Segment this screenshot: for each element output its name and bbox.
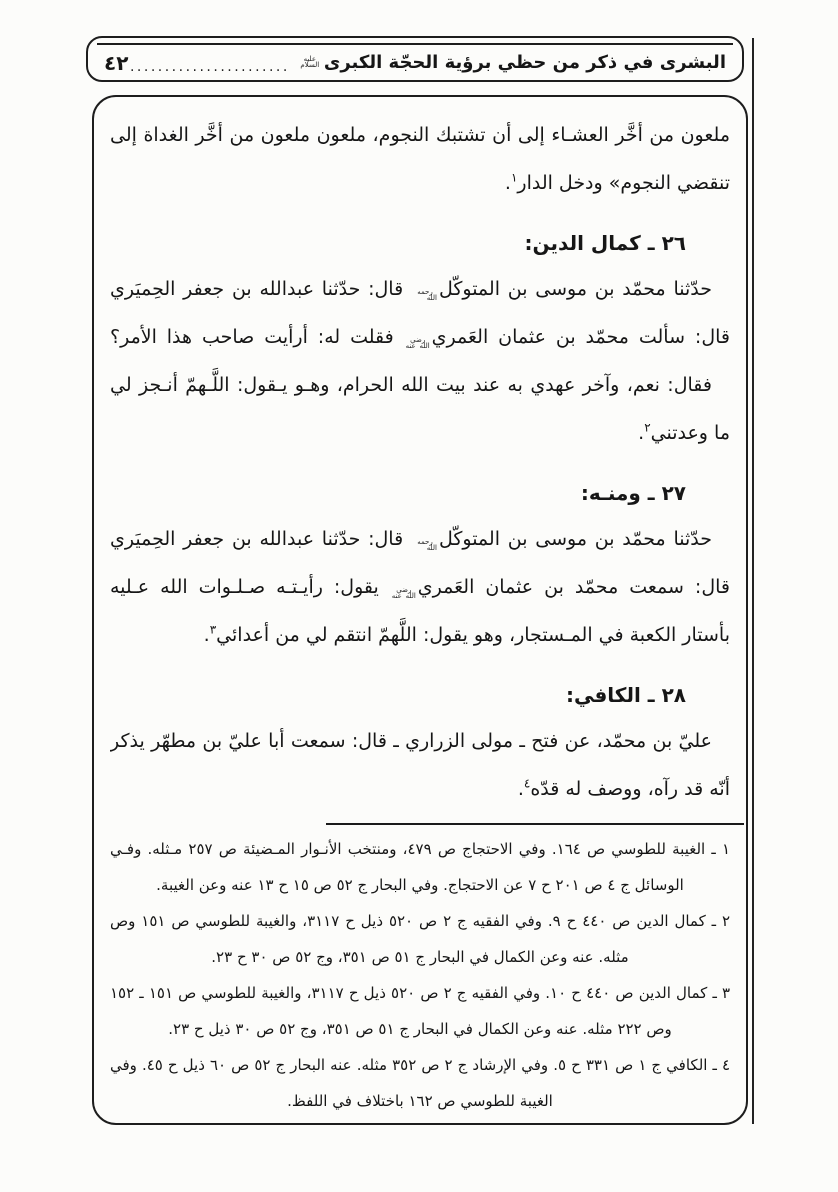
text-line: قال: سمعت محمّد بن عثمان العَمريرضي الله… — [110, 563, 730, 611]
text-line: ٣ ـ كمال الدين ص ٤٤٠ ح ١٠. وفي الفقيه ج … — [110, 975, 730, 1011]
text-line: تنقضي النجوم» ودخل الدار١. — [110, 159, 730, 207]
text-line: بأستار الكعبة في المـستجار، وهو يقول: ال… — [110, 611, 730, 659]
text-line: قال: سألت محمّد بن عثمان العَمريرضي الله… — [110, 313, 730, 361]
section-heading: ٢٦ ـ كمال الدين: — [110, 221, 730, 265]
text-line: ٢ ـ كمال الدين ص ٤٤٠ ح ٩. وفي الفقيه ج ٢… — [110, 903, 730, 939]
book-page: البشرى في ذكر من حظي برؤية الحجّة الكبرى… — [0, 0, 838, 1192]
honorific-symbol: رحمه الله — [413, 539, 437, 551]
page-edge-rule — [752, 38, 754, 1124]
text-line: الوسائل ج ٤ ص ٢٠١ ح ٧ عن الاحتجاج. وفي ا… — [110, 867, 730, 903]
text-line: الغيبة للطوسي ص ١٦٢ باختلاف في اللفظ. — [110, 1083, 730, 1119]
text-line: أنّه قد رآه، ووصف له قدّه٤. — [110, 765, 730, 813]
text-line: حدّثنا محمّد بن موسى بن المتوكّلرحمه الل… — [110, 515, 730, 563]
section-heading: ٢٨ ـ الكافي: — [110, 673, 730, 717]
footnote-marker: ٣ — [210, 623, 216, 637]
text-line: ملعون من أخَّر العشـاء إلى أن تشتبك النج… — [110, 111, 730, 159]
body-text: ملعون من أخَّر العشـاء إلى أن تشتبك النج… — [110, 111, 730, 813]
text-line: وص ٢٢٢ مثله. عنه وعن الكمال في البحار ج … — [110, 1011, 730, 1047]
text-line: عليّ بن محمّد، عن فتح ـ مولى الزراري ـ ق… — [110, 717, 730, 765]
text-line: فقال: نعم، وآخر عهدي به عند بيت الله الح… — [110, 361, 730, 409]
header-decorative-line — [97, 43, 733, 45]
footnote-marker: ٤ — [524, 777, 530, 791]
footnotes: ١ ـ الغيبة للطوسي ص ١٦٤. وفي الاحتجاج ص … — [110, 831, 730, 1119]
text-line: مثله. عنه وعن الكمال في البحار ج ٥١ ص ٣٥… — [110, 939, 730, 975]
footnote-separator — [326, 823, 744, 825]
footnote-marker: ٢ — [644, 421, 650, 435]
honorific-symbol: رضي الله عنه — [392, 587, 416, 599]
page-number: ٤٢ — [104, 49, 128, 75]
honorific-symbol: رضي الله عنه — [406, 337, 430, 349]
honorific-symbol: رحمه الله — [413, 289, 437, 301]
page-header: البشرى في ذكر من حظي برؤية الحجّة الكبرى… — [86, 36, 744, 82]
dot-leader: ........................................… — [128, 49, 295, 75]
section-heading: ٢٧ ـ ومنـه: — [110, 471, 730, 515]
text-line: حدّثنا محمّد بن موسى بن المتوكّلرحمه الل… — [110, 265, 730, 313]
text-line: ٤ ـ الكافي ج ١ ص ٣٣١ ح ٥. وفي الإرشاد ج … — [110, 1047, 730, 1083]
footnote-marker: ١ — [511, 171, 517, 185]
content-frame: ملعون من أخَّر العشـاء إلى أن تشتبك النج… — [92, 95, 748, 1125]
text-line: ١ ـ الغيبة للطوسي ص ١٦٤. وفي الاحتجاج ص … — [110, 831, 730, 867]
running-title: البشرى في ذكر من حظي برؤية الحجّة الكبرى — [324, 52, 726, 73]
honorific-icon: عليه السلام — [298, 56, 322, 68]
text-line: ما وعدتني٢. — [110, 409, 730, 457]
